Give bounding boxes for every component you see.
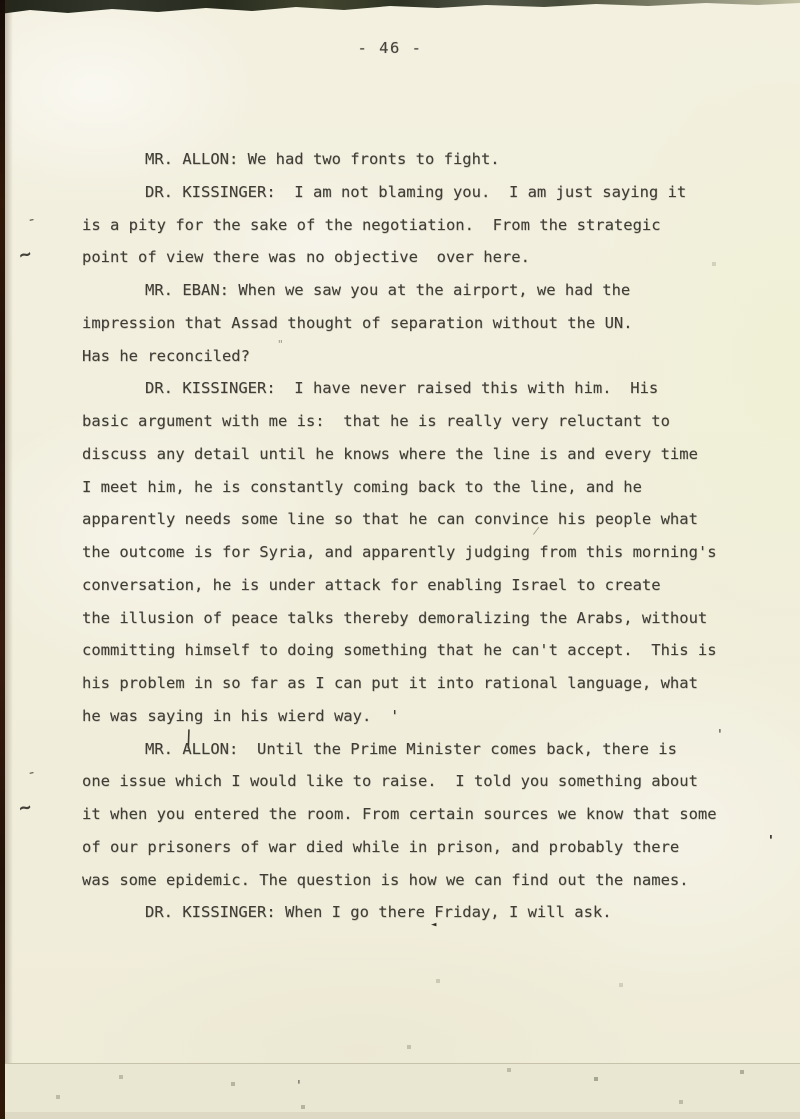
text-line: committing himself to doing something th… xyxy=(82,634,762,667)
stray-mark-right-margin: ' xyxy=(767,835,775,848)
text-line: basic argument with me is: that he is re… xyxy=(82,405,762,438)
text-line: I meet him, he is constantly coming back… xyxy=(82,471,762,504)
text-line: DR. KISSINGER: When I go there Friday, I… xyxy=(82,896,762,929)
text-line: discuss any detail until he knows where … xyxy=(82,438,762,471)
text-line: Has he reconciled? xyxy=(82,340,762,373)
stray-mark-below-text: ◄ xyxy=(431,921,436,930)
text-line: impression that Assad thought of separat… xyxy=(82,307,762,340)
stray-double-prime: " xyxy=(277,339,284,350)
stray-tick-bottom: ' xyxy=(295,1080,303,1093)
text-line: is a pity for the sake of the negotiatio… xyxy=(82,209,762,242)
text-line: one issue which I would like to raise. I… xyxy=(82,765,762,798)
text-line: the illusion of peace talks thereby demo… xyxy=(82,602,762,635)
text-line: was some epidemic. The question is how w… xyxy=(82,864,762,897)
scan-edge-bottom-sliver xyxy=(5,1112,800,1119)
pencil-dash-upper: - xyxy=(26,211,37,227)
text-line: DR. KISSINGER: I have never raised this … xyxy=(82,372,762,405)
text-line: conversation, he is under attack for ena… xyxy=(82,569,762,602)
page-number: - 46 - xyxy=(0,39,780,57)
text-line: MR. ALLON: We had two fronts to fight. xyxy=(82,143,762,176)
text-line: MR. EBAN: When we saw you at the airport… xyxy=(82,274,762,307)
scan-edge-left-shadow xyxy=(5,0,13,1119)
pencil-stroke-through-a: | xyxy=(183,729,195,748)
pencil-squiggle-lower: ~ xyxy=(17,796,32,818)
scan-edge-bottom xyxy=(5,1063,800,1119)
text-line: of our prisoners of war died while in pr… xyxy=(82,831,762,864)
text-line: his problem in so far as I can put it in… xyxy=(82,667,762,700)
stray-apostrophe: ' xyxy=(716,729,724,742)
text-line: it when you entered the room. From certa… xyxy=(82,798,762,831)
text-line: the outcome is for Syria, and apparently… xyxy=(82,536,762,569)
text-line: apparently needs some line so that he ca… xyxy=(82,503,762,536)
pencil-dash-lower: - xyxy=(26,764,38,781)
paper-speckles xyxy=(0,0,2,2)
scanned-page: - 46 - MR. ALLON: We had two fronts to f… xyxy=(0,0,800,1119)
text-line: DR. KISSINGER: I am not blaming you. I a… xyxy=(82,176,762,209)
document-body: MR. ALLON: We had two fronts to fight.DR… xyxy=(82,143,762,929)
scan-edge-top xyxy=(0,0,800,14)
text-line: point of view there was no objective ove… xyxy=(82,241,762,274)
pencil-squiggle-upper: ~ xyxy=(17,243,34,265)
